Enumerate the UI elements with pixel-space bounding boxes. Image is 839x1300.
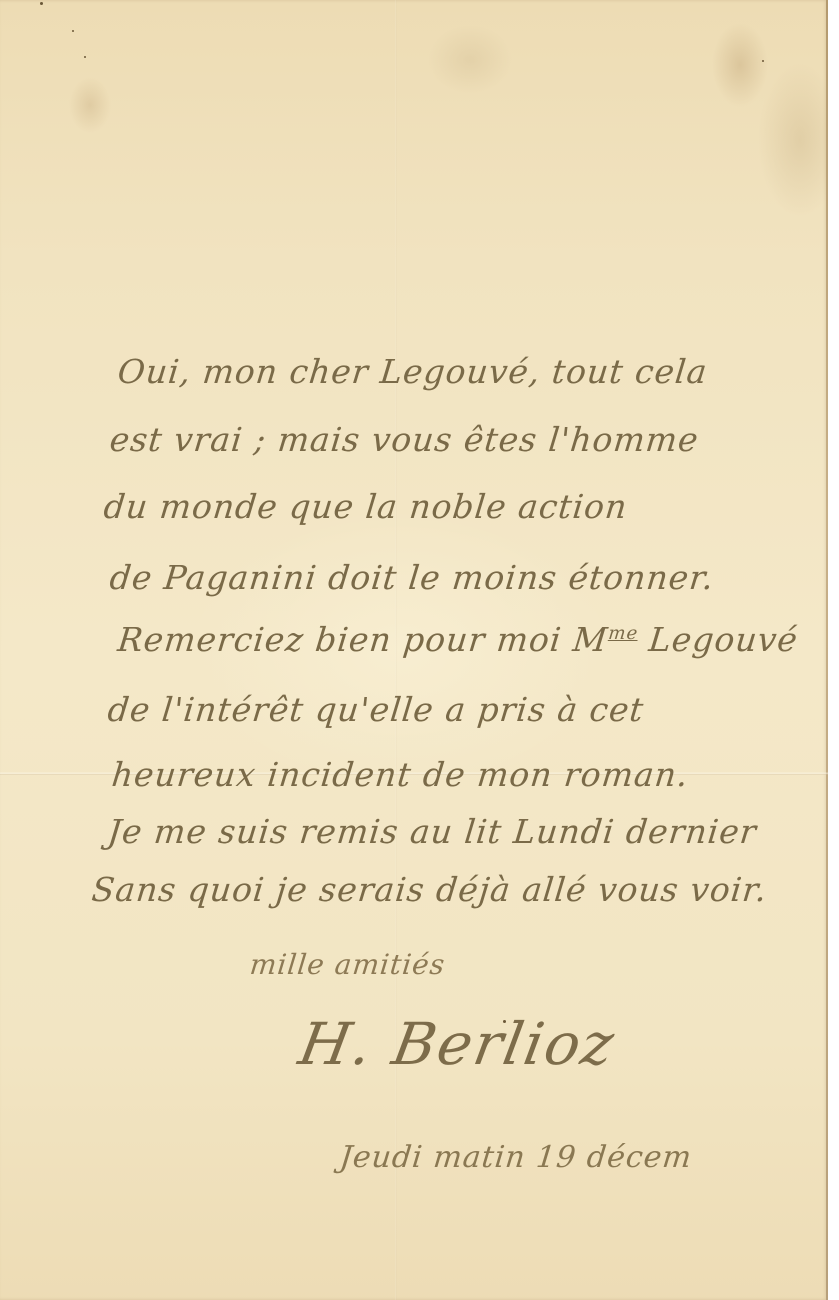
- letter-line-9: Sans quoi je serais déjà allé vous voir.: [90, 870, 769, 909]
- letter-line-8: Je me suis remis au lit Lundi dernier: [106, 812, 759, 851]
- letter-line-1: Oui, mon cher Legouvé, tout cela: [116, 352, 710, 391]
- letter-closing: mille amitiés: [248, 948, 447, 981]
- letter-line-7: heureux incident de mon roman.: [110, 755, 691, 794]
- ink-spot: [84, 56, 86, 58]
- letter-line-5-tail: Legouvé: [636, 620, 800, 659]
- letter-line-5: Remerciez bien pour moi Mme Legouvé: [116, 620, 800, 659]
- letter-paper: Oui, mon cher Legouvé, tout cela est vra…: [0, 0, 828, 1300]
- ink-spot: [72, 30, 74, 32]
- signature: H. Berlioz: [294, 1010, 621, 1078]
- letter-line-2: est vrai ; mais vous êtes l'homme: [108, 420, 701, 459]
- ink-spot: [762, 60, 764, 62]
- letter-line-3: du monde que la noble action: [102, 487, 630, 526]
- letter-line-5-head: Remerciez bien pour moi M: [116, 620, 610, 659]
- date-line: Jeudi matin 19 décem: [338, 1140, 694, 1175]
- paper-right-edge: [826, 0, 828, 1300]
- ink-spot: [40, 2, 43, 5]
- letter-line-6: de l'intérêt qu'elle a pris à cet: [106, 690, 646, 729]
- madame-abbreviation-superscript: me: [607, 623, 639, 644]
- letter-line-4: de Paganini doit le moins étonner.: [108, 558, 716, 597]
